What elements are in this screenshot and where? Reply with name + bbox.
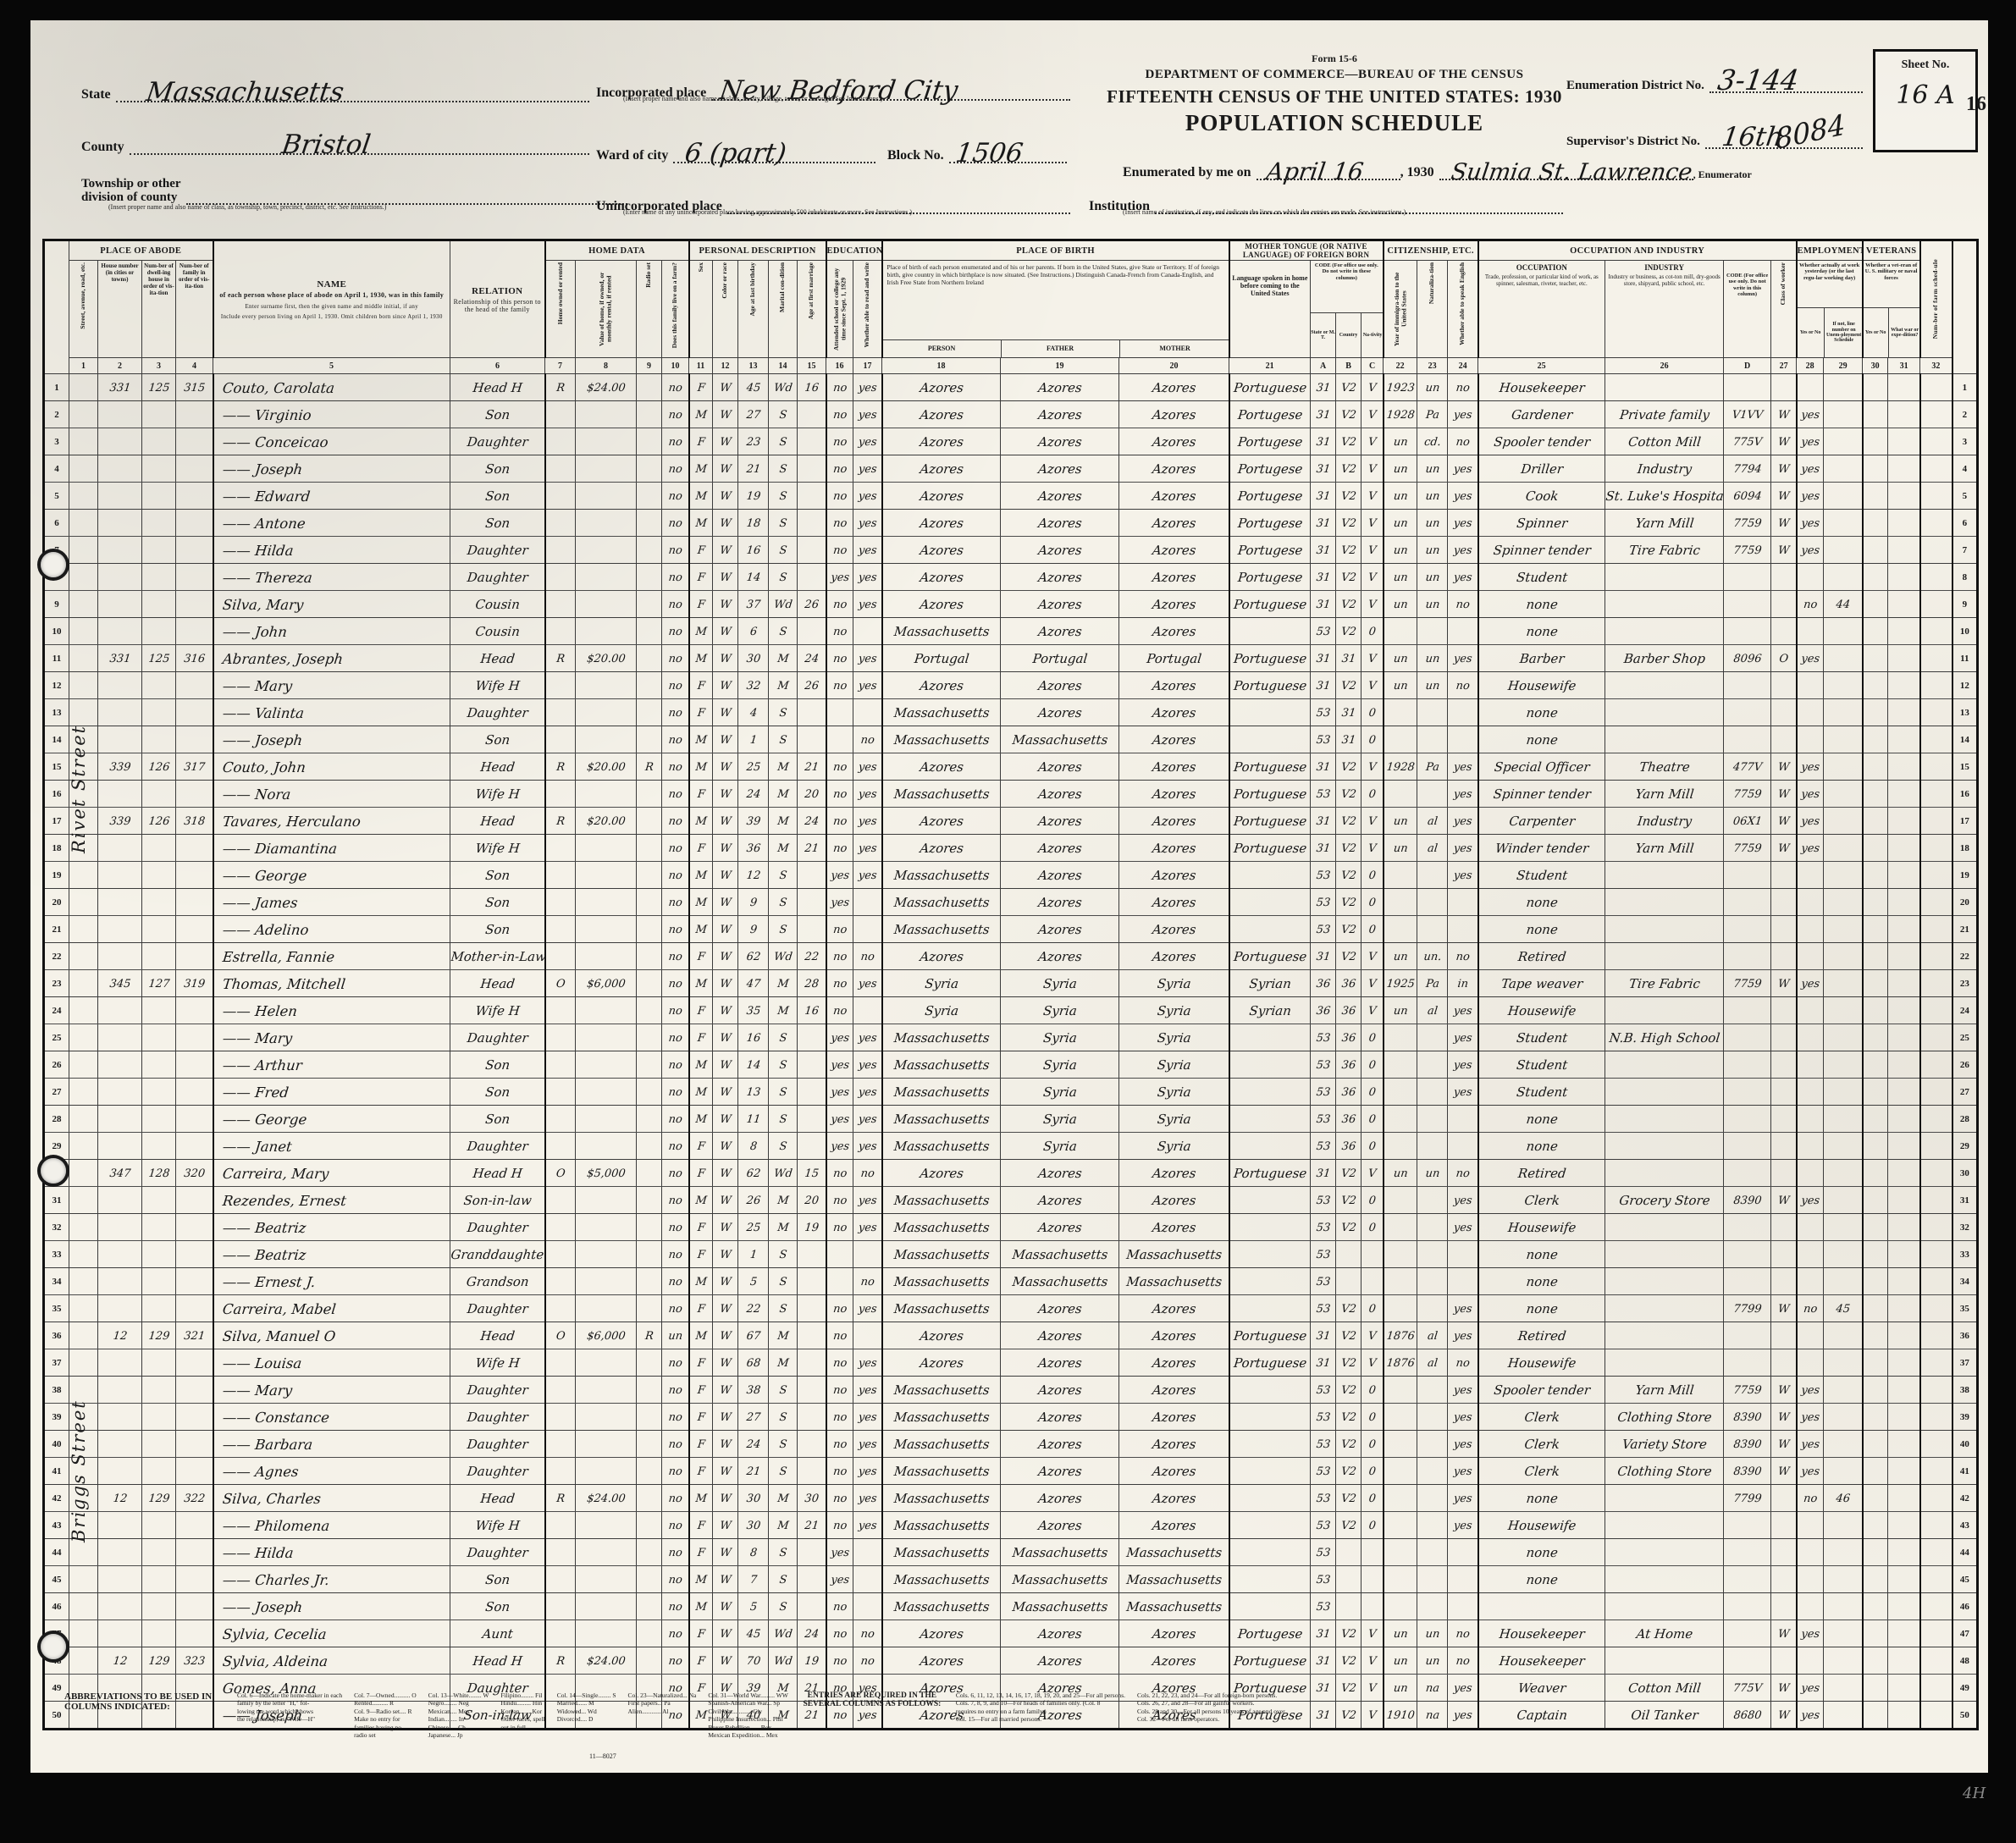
cell-radio [635,1160,663,1187]
cell-n2: 5 [1952,483,1978,510]
cell-val [574,1431,638,1458]
cell-race: W [711,1160,739,1187]
cell-name: —— Arthur [212,1051,451,1079]
cell-farm: no [660,1024,690,1051]
cell-ca: 36 [1309,970,1337,997]
cell-sch: yes [825,1539,854,1566]
cell-ca: 53 [1309,1106,1337,1133]
cell-cb: 36 [1334,970,1362,997]
cell-race: W [711,1404,739,1431]
print-code: 11—8027 [589,1752,616,1760]
cell-own: O [544,1322,577,1349]
cell-agem [796,618,827,645]
cell-n2: 33 [1952,1241,1978,1268]
header-group-row: PLACE OF ABODE NAME of each person whose… [44,240,1978,261]
cell-fam [174,537,214,564]
cell-occ: Spinner [1477,510,1606,537]
cell-eng [1446,916,1479,943]
table-row: 33—— BeatrizGranddaughternoFW1SMassachus… [44,1241,1978,1268]
cell-n: 41 [44,1458,69,1485]
cell-cc: V [1360,997,1384,1024]
cell-v1 [1861,1593,1889,1620]
cell-nat [1416,1458,1449,1485]
cell-fs [1919,1160,1953,1187]
cell-eng: yes [1446,1485,1479,1512]
cell-cd: 6094 [1722,483,1772,510]
cell-age: 30 [737,1485,770,1512]
cell-mar: S [767,916,798,943]
cell-imm: un [1382,483,1418,510]
cell-e1: no [1795,1485,1825,1512]
cell-ind: Industry [1604,808,1725,835]
cell-cc: 0 [1360,1079,1384,1106]
cell-cc: V [1360,645,1384,672]
cell-ca: 31 [1309,455,1337,483]
cell-ind: Yarn Mill [1604,510,1725,537]
cell-pobf: Azores [999,1431,1120,1458]
cell-fam: 315 [174,374,214,401]
veterans-head: Whether a vet-eran of U. S. military or … [1863,261,1920,358]
cell-radio [635,699,663,726]
cell-radio [635,943,663,970]
cell-pobf: Massachusetts [999,1241,1120,1268]
cell-v1 [1861,374,1889,401]
cell-occ: none [1477,1106,1606,1133]
cell-rel: Wife H [449,835,546,862]
cell-pobf: Azores [999,537,1120,564]
cell-lang: Portuguese [1228,781,1312,808]
table-row: 35Carreira, MabelDaughternoFW22SnoyesMas… [44,1295,1978,1322]
cell-lang [1228,1566,1312,1593]
cell-occ: Spooler tender [1477,1377,1606,1404]
cell-cd [1722,1024,1772,1051]
cell-nat [1416,1404,1449,1431]
cell-ind [1604,997,1725,1024]
cell-pobf: Azores [999,1187,1120,1214]
cell-eng: no [1446,1349,1479,1377]
cell-cc: V [1360,1160,1384,1187]
cell-name: Sylvia, Aldeina [212,1647,451,1675]
cell-eng: no [1446,374,1479,401]
cell-rw: no [852,1160,883,1187]
cell-farm: no [660,645,690,672]
cell-pob: Azores [881,1160,1002,1187]
cell-n: 44 [44,1539,69,1566]
column-number: A [1311,358,1336,374]
cell-nat: un [1416,591,1449,618]
cell-age: 27 [737,1404,770,1431]
cell-nat: un [1416,483,1449,510]
cell-race: W [711,428,739,455]
cell-mar: S [767,1593,798,1620]
cell-cd: 7759 [1722,537,1772,564]
cell-farm: no [660,510,690,537]
cell-val [574,564,638,591]
cell-name: —— Fred [212,1079,451,1106]
column-number: 15 [798,358,826,374]
cell-ind: Clothing Store [1604,1404,1725,1431]
cell-imm [1382,1079,1418,1106]
cell-race: W [711,510,739,537]
cell-pob: Massachusetts [881,1241,1002,1268]
cell-cd [1722,1051,1772,1079]
cell-eng: no [1446,428,1479,455]
cell-n2: 32 [1952,1214,1978,1241]
cell-house [97,564,143,591]
cell-cw: W [1770,1431,1798,1458]
cell-e1: yes [1795,1620,1825,1647]
cell-rw: no [852,1647,883,1675]
cell-fs [1919,1458,1953,1485]
cell-val [574,997,638,1024]
cell-v2 [1886,1349,1921,1377]
cell-ind: St. Luke's Hospital [1604,483,1725,510]
cell-e2 [1822,726,1864,753]
cell-house [97,483,143,510]
cell-agem [796,1458,827,1485]
cell-eng: yes [1446,808,1479,835]
cell-cd [1722,862,1772,889]
employment-line-head: If not, line number on Unem-ployment Sch… [1825,308,1863,357]
table-row: 4812129323Sylvia, AldeinaHead HR$24.00no… [44,1647,1978,1675]
cell-farm: no [660,997,690,1024]
cell-occ: none [1477,1566,1606,1593]
cell-imm [1382,1051,1418,1079]
cell-sch: no [825,781,854,808]
cell-n: 35 [44,1295,69,1322]
cell-nat: al [1416,835,1449,862]
cell-fs [1919,428,1953,455]
cell-radio [635,1214,663,1241]
cell-e1 [1795,1079,1825,1106]
cell-sex: F [688,1620,714,1647]
column-number: 17 [853,358,882,374]
cell-sex: M [688,401,714,428]
census-title: FIFTEENTH CENSUS OF THE UNITED STATES: 1… [1080,86,1588,108]
cell-fam [174,618,214,645]
cell-sch: no [825,997,854,1024]
cell-e1 [1795,1512,1825,1539]
cell-name: —— Nora [212,781,451,808]
cell-own [544,1377,577,1404]
cell-name: —— Barbara [212,1431,451,1458]
cell-eng [1446,618,1479,645]
cell-mar: Wd [767,374,798,401]
cell-e2 [1822,1377,1864,1404]
cell-pob: Massachusetts [881,1133,1002,1160]
cell-v2 [1886,1079,1921,1106]
cell-pobf: Massachusetts [999,1566,1120,1593]
cell-v2 [1886,1241,1921,1268]
cell-eng: yes [1446,1404,1479,1431]
cell-farm: no [660,753,690,781]
cell-street [68,537,99,564]
cell-pob: Massachusetts [881,1485,1002,1512]
cell-pob: Azores [881,835,1002,862]
column-number: 5 [213,358,450,374]
cell-cb: 36 [1334,1133,1362,1160]
cell-cw: W [1770,428,1798,455]
cell-age: 45 [737,1620,770,1647]
cell-sch: no [825,672,854,699]
cell-cb: V2 [1334,1431,1362,1458]
cell-farm: no [660,401,690,428]
table-row: 18—— DiamantinaWife HnoFW36M21noyesAzore… [44,835,1978,862]
cell-cd [1722,1647,1772,1675]
cell-dw: 129 [141,1322,177,1349]
cell-sex: F [688,428,714,455]
cell-e2 [1822,1539,1864,1566]
cell-sex: M [688,1566,714,1593]
cell-nat [1416,1133,1449,1160]
cell-pobf: Syria [999,970,1120,997]
cell-age: 21 [737,455,770,483]
cell-e2 [1822,1106,1864,1133]
cell-e2 [1822,672,1864,699]
cell-rw: yes [852,753,883,781]
cell-age: 39 [737,808,770,835]
cell-pobf: Azores [999,1485,1120,1512]
cell-v1 [1861,1160,1889,1187]
cell-rw: yes [852,645,883,672]
cell-lang [1228,862,1312,889]
cell-nat [1416,1024,1449,1051]
cell-cd [1722,1214,1772,1241]
cell-cw [1770,1593,1798,1620]
cell-house [97,1377,143,1404]
group-place-of-abode: PLACE OF ABODE [69,240,213,261]
cell-cd [1722,1349,1772,1377]
cell-pob: Massachusetts [881,1593,1002,1620]
cell-radio [635,401,663,428]
cell-cb: 31 [1334,645,1362,672]
cell-sch: yes [825,1133,854,1160]
cell-n2: 38 [1952,1377,1978,1404]
cell-e1: yes [1795,537,1825,564]
cell-nat: un [1416,510,1449,537]
cell-pobf: Azores [999,1620,1120,1647]
cell-occ: Housewife [1477,1214,1606,1241]
cell-dw [141,1295,177,1322]
cell-age: 27 [737,401,770,428]
cell-dw [141,1241,177,1268]
cell-fam: 318 [174,808,214,835]
cell-radio [635,726,663,753]
cell-fam [174,401,214,428]
street-head: Street, avenue, road, etc. [69,261,98,358]
cell-occ: Housewife [1477,997,1606,1024]
cell-cb: V2 [1334,672,1362,699]
cell-fs [1919,618,1953,645]
cell-n: 18 [44,835,69,862]
cell-fs [1919,997,1953,1024]
cell-radio [635,997,663,1024]
cell-imm [1382,1458,1418,1485]
cell-pob: Azores [881,483,1002,510]
cell-race: W [711,1593,739,1620]
cell-e1: yes [1795,753,1825,781]
cell-ca: 31 [1309,374,1337,401]
cell-pob: Azores [881,1322,1002,1349]
cell-sch: no [825,1647,854,1675]
cell-pob: Massachusetts [881,618,1002,645]
cell-age: 68 [737,1349,770,1377]
cell-rw [852,1241,883,1268]
cell-mar: M [767,835,798,862]
cell-pob: Massachusetts [881,1377,1002,1404]
cell-cd: 7759 [1722,970,1772,997]
cell-val [574,862,638,889]
cell-cc [1360,1268,1384,1295]
cell-age: 11 [737,1106,770,1133]
cell-cc: V [1360,401,1384,428]
cell-pob: Massachusetts [881,1404,1002,1431]
cell-cw [1770,1241,1798,1268]
cell-street [68,591,99,618]
cell-cc: 0 [1360,1485,1384,1512]
cell-n: 6 [44,510,69,537]
cell-nat [1416,1593,1449,1620]
cell-cd: 8390 [1722,1458,1772,1485]
cell-farm: no [660,943,690,970]
cell-house [97,699,143,726]
cell-rw: yes [852,1214,883,1241]
cell-fam [174,1458,214,1485]
cell-e2 [1822,1187,1864,1214]
cell-n: 36 [44,1322,69,1349]
cell-age: 16 [737,1024,770,1051]
cell-lang [1228,699,1312,726]
cell-fam: 323 [174,1647,214,1675]
cell-name: —— Edward [212,483,451,510]
cell-rw: yes [852,1133,883,1160]
cell-farm: no [660,1241,690,1268]
cell-ca: 53 [1309,726,1337,753]
cell-ind: Tire Fabric [1604,970,1725,997]
cell-name: —— James [212,889,451,916]
table-row: 2—— VirginioSonnoMW27SnoyesAzoresAzoresA… [44,401,1978,428]
cell-cd [1722,1539,1772,1566]
cell-mar: Wd [767,943,798,970]
cell-street [68,1106,99,1133]
house-head: House number (in cities or towns) [98,261,142,358]
cell-pobf: Azores [999,591,1120,618]
cell-n2: 10 [1952,618,1978,645]
cell-v2 [1886,1160,1921,1187]
cell-eng: yes [1446,1295,1479,1322]
county-field: County Bristol [81,141,589,155]
cell-house: 339 [97,808,143,835]
column-number: 8 [576,358,637,374]
cell-street [68,943,99,970]
cell-dw: 125 [141,374,177,401]
cell-v1 [1861,645,1889,672]
cell-age: 8 [737,1133,770,1160]
cell-lang [1228,1051,1312,1079]
cell-house [97,997,143,1024]
cell-nat: Pa [1416,753,1449,781]
cell-cb: 36 [1334,1106,1362,1133]
cell-v2 [1886,997,1921,1024]
cell-cw: W [1770,401,1798,428]
cell-rw: yes [852,1404,883,1431]
cell-ca: 53 [1309,1593,1337,1620]
enumeration-district-value: 3-144 [1715,63,1801,97]
cell-cd: 7799 [1722,1485,1772,1512]
cell-e2 [1822,1458,1864,1485]
cell-radio [635,889,663,916]
cell-own [544,1431,577,1458]
census-sheet: State Massachusetts County Bristol Towns… [30,20,1988,1773]
cell-age: 23 [737,428,770,455]
column-number: 7 [545,358,576,374]
table-row: 24—— HelenWife HnoFW35M16noSyriaSyriaSyr… [44,997,1978,1024]
table-row: 23345127319Thomas, MitchellHeadO$6,000no… [44,970,1978,997]
cell-e1: yes [1795,401,1825,428]
cell-cd: 7794 [1722,455,1772,483]
cell-lang [1228,1187,1312,1214]
cell-pobf: Massachusetts [999,1268,1120,1295]
cell-e2 [1822,374,1864,401]
cell-cc: V [1360,483,1384,510]
cell-n2: 29 [1952,1133,1978,1160]
cell-nat [1416,1214,1449,1241]
cell-e1 [1795,997,1825,1024]
cell-occ: Housekeeper [1477,374,1606,401]
cell-cb: V2 [1334,428,1362,455]
cell-dw [141,835,177,862]
cell-ca: 53 [1309,1458,1337,1485]
cell-sch: no [825,1485,854,1512]
cell-eng: yes [1446,997,1479,1024]
cell-rel: Son [449,1079,546,1106]
cell-e2 [1822,1268,1864,1295]
cell-sex: M [688,1593,714,1620]
cell-e2 [1822,943,1864,970]
cell-lang [1228,1512,1312,1539]
cell-eng: no [1446,1620,1479,1647]
cell-fam [174,455,214,483]
cell-farm: no [660,1268,690,1295]
column-number: 18 [882,358,1001,374]
cell-lang: Portugese [1228,428,1312,455]
cell-pobm: Azores [1118,753,1230,781]
cell-agem [796,1404,827,1431]
cell-v2 [1886,1539,1921,1566]
cell-age: 30 [737,645,770,672]
cell-age: 37 [737,591,770,618]
cell-v1 [1861,1024,1889,1051]
cell-pob: Azores [881,510,1002,537]
cell-dw [141,455,177,483]
cell-v1 [1861,1539,1889,1566]
cell-nat [1416,1485,1449,1512]
table-row: 30347128320Carreira, MaryHead HO$5,000no… [44,1160,1978,1187]
cell-name: —— Philomena [212,1512,451,1539]
cell-street [68,564,99,591]
cell-ca: 53 [1309,1539,1337,1566]
cell-race: W [711,1512,739,1539]
cell-farm: no [660,591,690,618]
cell-street [68,1187,99,1214]
group-mother-tongue: MOTHER TONGUE (OR NATIVE LANGUAGE) OF FO… [1229,240,1384,261]
cell-v1 [1861,401,1889,428]
cell-sch: no [825,1214,854,1241]
cell-rel: Son [449,1566,546,1593]
cell-radio [635,1051,663,1079]
column-number: 25 [1478,358,1605,374]
cell-n2: 13 [1952,699,1978,726]
